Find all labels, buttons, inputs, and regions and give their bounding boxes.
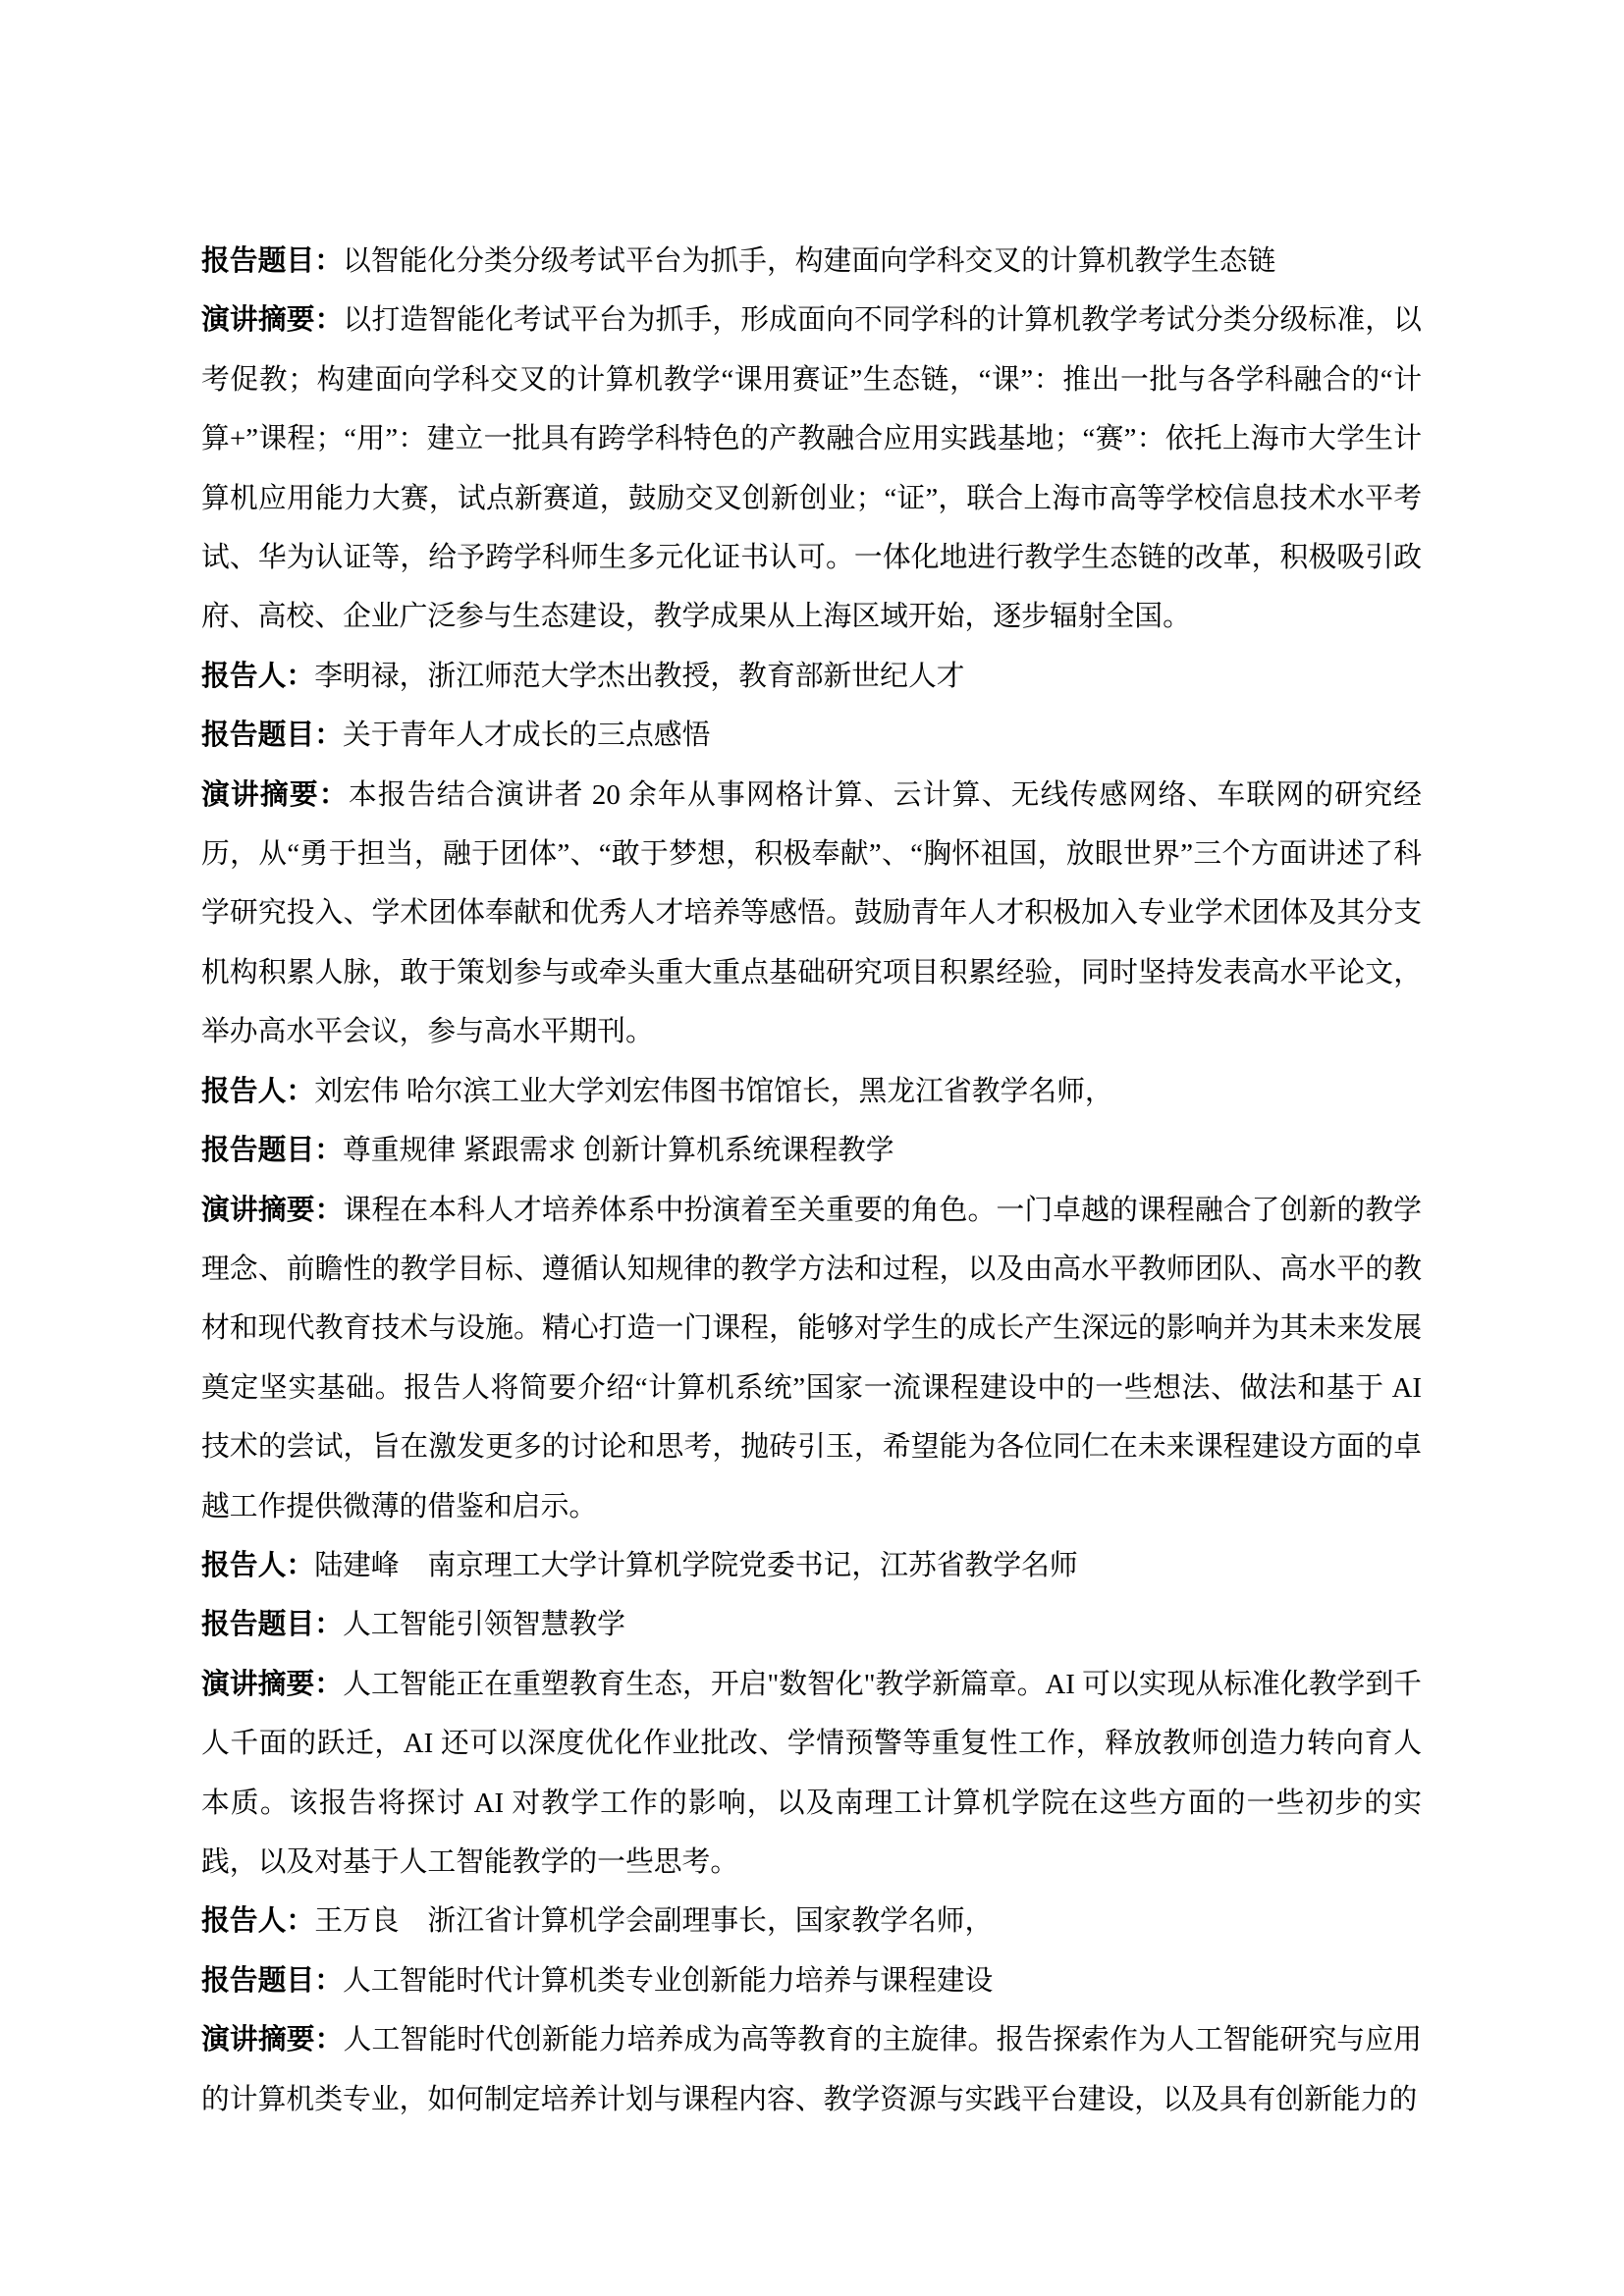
abstract-text: 本报告结合演讲者 20 余年从事网格计算、云计算、无线传感网络、车联网的研究经历… bbox=[201, 779, 1422, 1048]
abstract-text: 人工智能时代创新能力培养成为高等教育的主旋律。报告探索作为人工智能研究与应用的计… bbox=[201, 2024, 1422, 2114]
speaker-entry: 报告人：李明禄，浙江师范大学杰出教授，教育部新世纪人才 bbox=[201, 647, 1422, 706]
speaker-label: 报告人： bbox=[201, 1905, 314, 1937]
speaker-text: 王万良 浙江省计算机学会副理事长，国家教学名师， bbox=[314, 1905, 993, 1937]
abstract-label: 演讲摘要： bbox=[201, 1195, 344, 1226]
report-title-text: 尊重规律 紧跟需求 创新计算机系统课程教学 bbox=[343, 1135, 894, 1166]
abstract-label: 演讲摘要： bbox=[201, 1669, 343, 1700]
abstract-label: 演讲摘要： bbox=[201, 2024, 344, 2056]
abstract-entry: 演讲摘要：以打造智能化考试平台为抓手，形成面向不同学科的计算机教学考试分类分级标… bbox=[201, 291, 1422, 646]
speaker-entry: 报告人：王万良 浙江省计算机学会副理事长，国家教学名师， bbox=[201, 1892, 1422, 1950]
report-title-label: 报告题目： bbox=[201, 245, 343, 277]
abstract-entry: 演讲摘要：本报告结合演讲者 20 余年从事网格计算、云计算、无线传感网络、车联网… bbox=[201, 766, 1422, 1062]
abstract-text: 以打造智能化考试平台为抓手，形成面向不同学科的计算机教学考试分类分级标准，以考促… bbox=[201, 304, 1422, 632]
abstract-entry: 演讲摘要：人工智能正在重塑教育生态，开启"数智化"教学新篇章。AI 可以实现从标… bbox=[201, 1655, 1422, 1893]
report-title-text: 人工智能时代计算机类专业创新能力培养与课程建设 bbox=[343, 1965, 993, 1997]
abstract-text: 人工智能正在重塑教育生态，开启"数智化"教学新篇章。AI 可以实现从标准化教学到… bbox=[201, 1669, 1422, 1878]
report-title-label: 报告题目： bbox=[201, 1965, 343, 1997]
report-title-entry: 报告题目：人工智能时代计算机类专业创新能力培养与课程建设 bbox=[201, 1951, 1422, 2010]
speaker-label: 报告人： bbox=[201, 1550, 314, 1581]
report-title-text: 关于青年人才成长的三点感悟 bbox=[343, 720, 710, 751]
speaker-label: 报告人： bbox=[201, 661, 314, 692]
report-title-entry: 报告题目：人工智能引领智慧教学 bbox=[201, 1595, 1422, 1654]
abstract-entry: 演讲摘要：课程在本科人才培养体系中扮演着至关重要的角色。一门卓越的课程融合了创新… bbox=[201, 1181, 1422, 1536]
speaker-text: 李明禄，浙江师范大学杰出教授，教育部新世纪人才 bbox=[314, 661, 964, 692]
abstract-label: 演讲摘要： bbox=[201, 304, 344, 336]
report-title-entry: 报告题目：关于青年人才成长的三点感悟 bbox=[201, 706, 1422, 765]
abstract-label: 演讲摘要： bbox=[201, 779, 349, 811]
speaker-entry: 报告人：陆建峰 南京理工大学计算机学院党委书记，江苏省教学名师 bbox=[201, 1536, 1422, 1595]
abstract-text: 课程在本科人才培养体系中扮演着至关重要的角色。一门卓越的课程融合了创新的教学理念… bbox=[201, 1195, 1422, 1522]
speaker-label: 报告人： bbox=[201, 1076, 314, 1107]
abstract-entry: 演讲摘要：人工智能时代创新能力培养成为高等教育的主旋律。报告探索作为人工智能研究… bbox=[201, 2010, 1422, 2129]
speaker-text: 陆建峰 南京理工大学计算机学院党委书记，江苏省教学名师 bbox=[314, 1550, 1078, 1581]
report-title-entry: 报告题目：以智能化分类分级考试平台为抓手，构建面向学科交叉的计算机教学生态链 bbox=[201, 232, 1422, 291]
report-title-label: 报告题目： bbox=[201, 1135, 343, 1166]
report-title-entry: 报告题目：尊重规律 紧跟需求 创新计算机系统课程教学 bbox=[201, 1121, 1422, 1180]
report-title-text: 以智能化分类分级考试平台为抓手，构建面向学科交叉的计算机教学生态链 bbox=[343, 245, 1275, 277]
report-title-label: 报告题目： bbox=[201, 1609, 343, 1640]
report-title-label: 报告题目： bbox=[201, 720, 343, 751]
report-title-text: 人工智能引领智慧教学 bbox=[343, 1609, 625, 1640]
speaker-text: 刘宏伟 哈尔滨工业大学刘宏伟图书馆馆长，黑龙江省教学名师， bbox=[314, 1076, 1113, 1107]
document-page: 报告题目：以智能化分类分级考试平台为抓手，构建面向学科交叉的计算机教学生态链 演… bbox=[0, 0, 1624, 2296]
speaker-entry: 报告人：刘宏伟 哈尔滨工业大学刘宏伟图书馆馆长，黑龙江省教学名师， bbox=[201, 1062, 1422, 1121]
